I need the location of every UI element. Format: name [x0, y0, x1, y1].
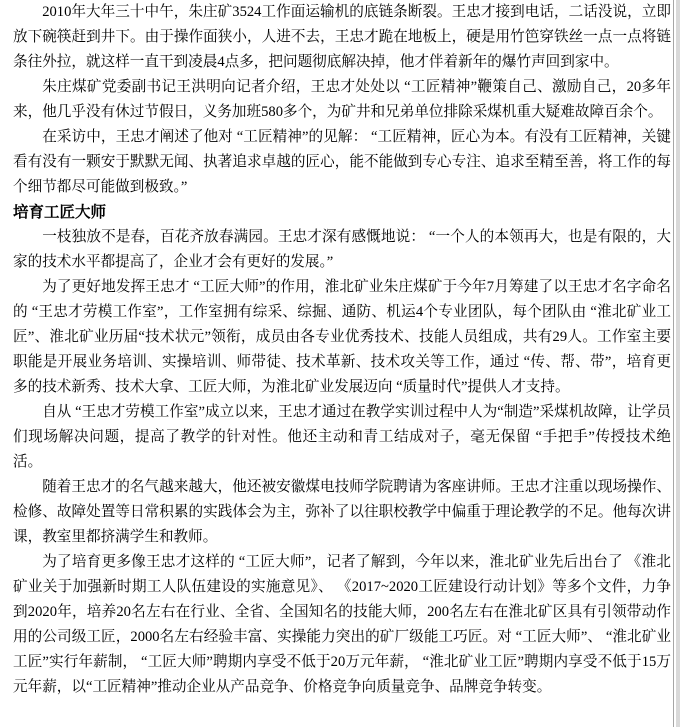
content-right-border — [673, 0, 674, 727]
paragraph: 2010年大年三十中午，朱庄矿3524工作面运输机的底链条断裂。王忠才接到电话，… — [13, 0, 671, 75]
paragraph: 朱庄煤矿党委副书记王洪明向记者介绍，王忠才处处以 “工匠精神”鞭策自己、激励自己… — [13, 75, 671, 125]
paragraph: 随着王忠才的名气越来越大，他还被安徽煤电技师学院聘请为客座讲师。王忠才注重以现场… — [13, 475, 671, 550]
paragraph: 为了培育更多像王忠才这样的 “工匠大师”，记者了解到，今年以来，淮北矿业先后出台… — [13, 550, 671, 700]
section-heading: 培育工匠大师 — [13, 200, 671, 225]
article-body: 2010年大年三十中午，朱庄矿3524工作面运输机的底链条断裂。王忠才接到电话，… — [13, 0, 671, 700]
paragraph: 在采访中，王忠才阐述了他对 “工匠精神”的见解： “工匠精神，匠心为本。有没有工… — [13, 125, 671, 200]
paragraph: 自从 “王忠才劳模工作室”成立以来，王忠才通过在教学实训过程中人为“制造”采煤机… — [13, 400, 671, 475]
paragraph: 一枝独放不是春，百花齐放春满园。王忠才深有感慨地说： “一个人的本领再大，也是有… — [13, 225, 671, 275]
scrollbar-track[interactable] — [676, 0, 680, 727]
paragraph: 为了更好地发挥王忠才 “工匠大师”的作用，淮北矿业朱庄煤矿于今年7月筹建了以王忠… — [13, 275, 671, 400]
document-page: 2010年大年三十中午，朱庄矿3524工作面运输机的底链条断裂。王忠才接到电话，… — [0, 0, 680, 727]
